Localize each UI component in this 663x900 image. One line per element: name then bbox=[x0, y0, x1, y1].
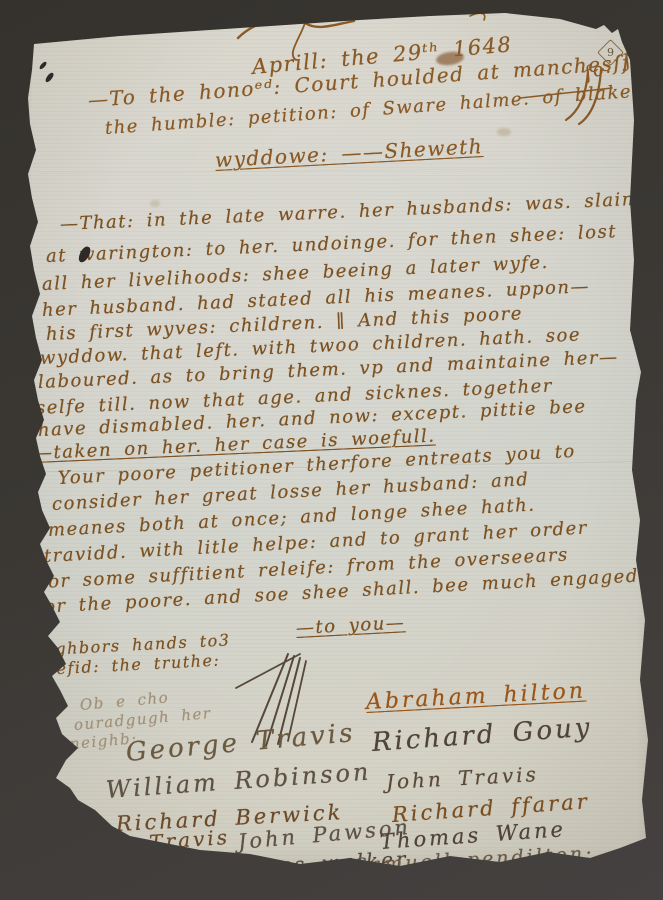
foxing-stain bbox=[497, 128, 511, 136]
manuscript-line-note: testefid: the truthe: bbox=[20, 651, 221, 680]
manuscript-line-body: —to you— bbox=[295, 612, 405, 639]
manuscript-line-signature: Raph Travis bbox=[69, 825, 231, 860]
manuscript-line-signature: John Travis bbox=[385, 762, 539, 794]
fold-crease bbox=[40, 167, 623, 175]
manuscript-line-signature: Abraham hilton bbox=[365, 678, 586, 714]
foxing-stain bbox=[150, 200, 160, 207]
manuscript-line-header: wyddowe: ——Sheweth bbox=[214, 134, 483, 172]
photograph-of-manuscript: 9 Aprill: the 29ᵗʰ 1648—To the honoᵉᵈ: C… bbox=[0, 0, 663, 900]
manuscript-paper-sheet: 9 Aprill: the 29ᵗʰ 1648—To the honoᵉᵈ: C… bbox=[0, 0, 663, 900]
manuscript-line-signature: Richard Gouy bbox=[371, 713, 593, 758]
